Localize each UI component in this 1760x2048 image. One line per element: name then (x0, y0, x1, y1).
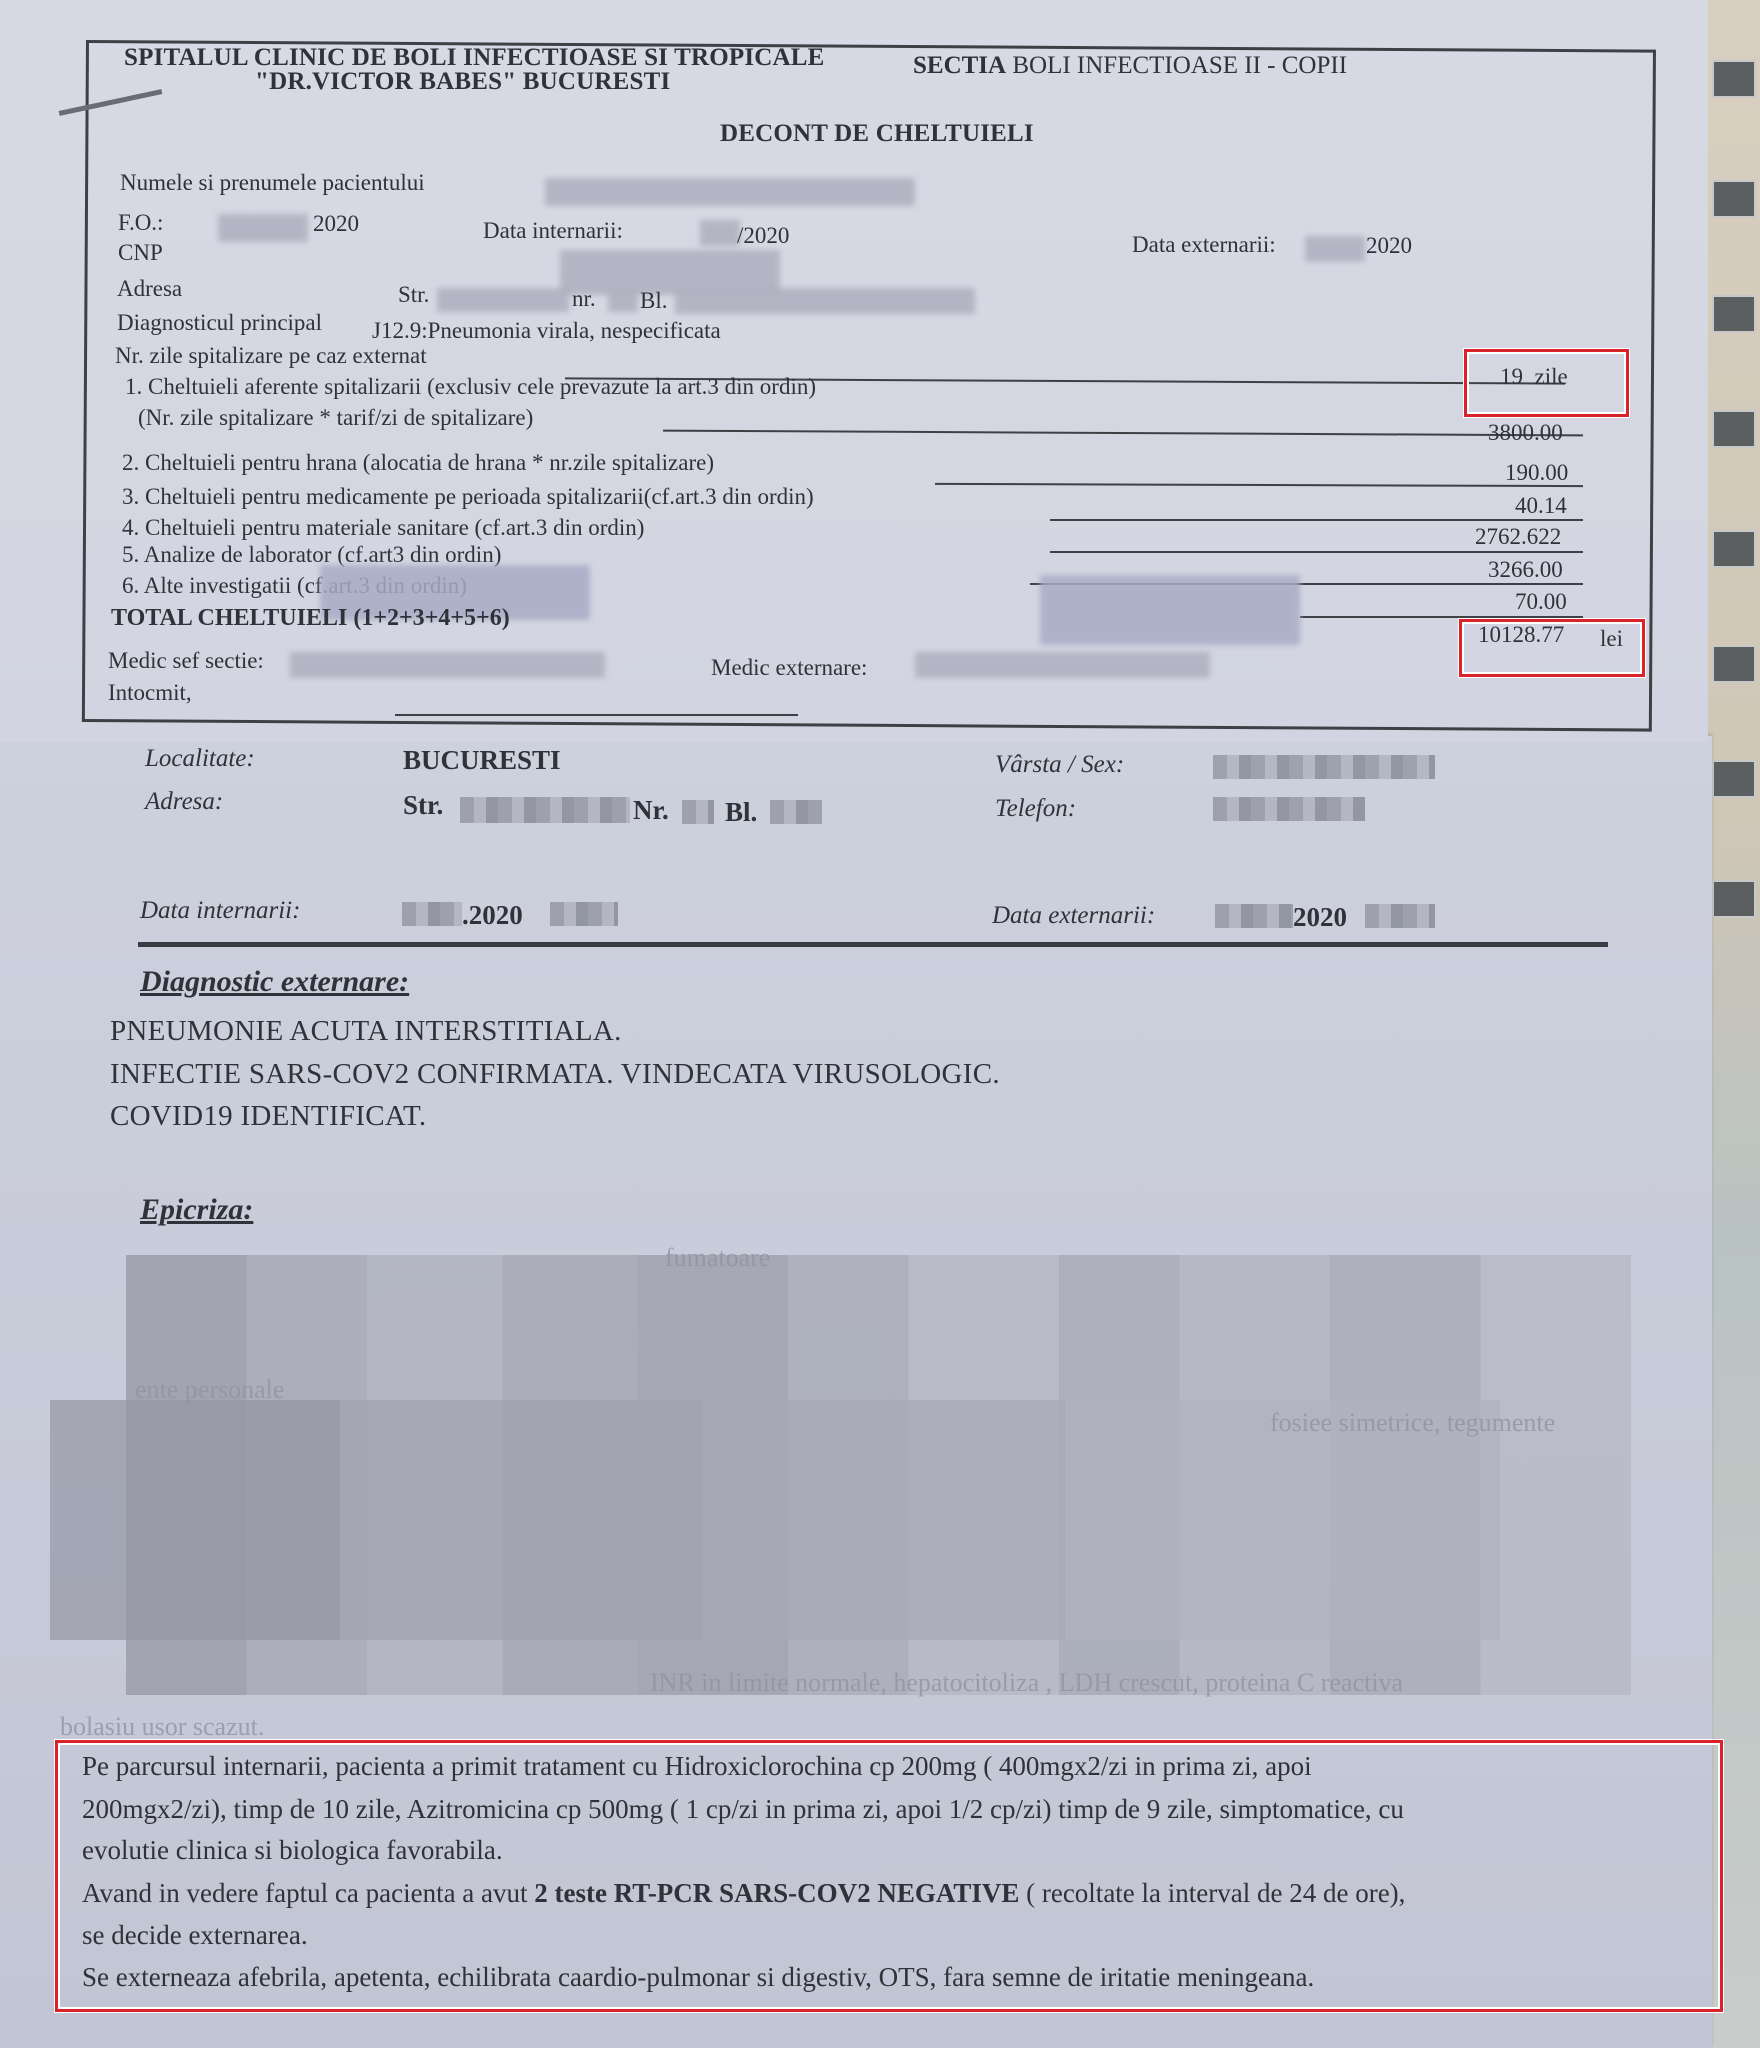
letter-discharge-label: Data externarii: (992, 902, 1155, 930)
total-unit: lei (1600, 626, 1623, 652)
ghost-text: ente personale (135, 1375, 284, 1405)
section-value: BOLI INFECTIOASE II - COPII (1012, 52, 1347, 79)
window-decoration (1712, 295, 1756, 333)
cost-item-6-underline (1300, 616, 1583, 618)
cost-item-1-label: 1. Cheltuieli aferente spitalizarii (exc… (125, 374, 816, 400)
total-value: 10128.77 (1478, 622, 1564, 648)
fo-label: F.O.: (118, 210, 163, 236)
section-label: SECTIA (913, 52, 1006, 79)
treatment-line: evolutie clinica si biologica favorabila… (82, 1829, 503, 1872)
redacted-discharge-doctor (915, 652, 1210, 678)
street-label: Str. (398, 282, 429, 308)
days-label: Nr. zile spitalizare pe caz externat (115, 343, 427, 369)
prepared-by-signature-line (395, 714, 798, 716)
cost-item-4-label: 4. Cheltuieli pentru materiale sanitare … (122, 515, 644, 541)
diagnosis-heading: Diagnostic externare: (140, 965, 409, 999)
cost-item-3-value: 40.14 (1515, 493, 1567, 519)
treatment-line: Pe parcursul internarii, pacienta a prim… (82, 1745, 1312, 1788)
redacted-discharge (1305, 236, 1365, 262)
redacted-discharge-date (1215, 904, 1293, 928)
days-unit: zile (1535, 364, 1568, 389)
redacted-patient-name (545, 178, 915, 206)
fo-year: 2020 (313, 211, 359, 237)
total-label: TOTAL CHELTUIELI (1+2+3+4+5+6) (111, 605, 510, 632)
redacted-fo (218, 214, 308, 242)
patient-name-label: Numele si prenumele pacientului (120, 170, 425, 196)
window-decoration (1712, 645, 1756, 683)
cost-item-4-value: 2762.622 (1475, 524, 1561, 550)
window-decoration (1712, 180, 1756, 218)
letter-admission-label: Data internarii: (140, 897, 300, 925)
window-decoration (1712, 60, 1756, 98)
document-title: DECONT DE CHELTUIELI (720, 120, 1034, 148)
admission-label: Data internarii: (483, 218, 623, 244)
ghost-text: fosiee simetrice, tegumente (1270, 1408, 1555, 1438)
cost-item-3-underline (1050, 519, 1583, 521)
diagnosis-line: COVID19 IDENTIFICAT. (110, 1100, 426, 1133)
diagnosis-value: J12.9:Pneumonia virala, nespecificata (372, 318, 721, 344)
letter-admission-value: .2020 (462, 900, 523, 931)
redacted-admission (700, 220, 740, 246)
redacted-admission-date (402, 902, 462, 926)
window-decoration (1712, 880, 1756, 918)
age-sex-label: Vârsta / Sex: (995, 751, 1124, 779)
redacted-street (437, 288, 569, 312)
redacted-street (460, 797, 630, 823)
cost-item-2-label: 2. Cheltuieli pentru hrana (alocatia de … (122, 450, 714, 476)
prepared-by-label: Intocmit, (108, 680, 192, 706)
street-label: Str. (403, 790, 443, 821)
days-value: 19 zile (1500, 364, 1568, 390)
redacted-cost-area (1040, 575, 1300, 645)
ghost-text: fumatoare (665, 1243, 770, 1273)
tests-suffix: ( recoltate la interval de 24 de ore), (1019, 1878, 1405, 1908)
tests-prefix: Avand in vedere faptul ca pacienta a avu… (82, 1878, 534, 1908)
address-label: Adresa (117, 276, 182, 302)
redacted-bl (770, 800, 822, 824)
discharge-label: Data externarii: (1132, 232, 1276, 258)
redacted-admission-time (550, 902, 618, 926)
redacted-discharge-time (1365, 904, 1435, 928)
redacted-chief-doctor (290, 652, 605, 678)
cost-item-4-underline (1050, 551, 1583, 553)
phone-label: Telefon: (995, 795, 1076, 823)
cost-item-5-value: 3266.00 (1488, 557, 1563, 583)
discharge-doctor-label: Medic externare: (711, 655, 867, 681)
cost-item-2-value: 190.00 (1505, 460, 1568, 486)
treatment-line: 200mgx2/zi), timp de 10 zile, Azitromici… (82, 1788, 1404, 1831)
section-divider (138, 942, 1608, 947)
diagnosis-line: PNEUMONIE ACUTA INTERSTITIALA. (110, 1015, 622, 1048)
window-decoration (1712, 410, 1756, 448)
ghost-text: INR in limite normale, hepatocitoliza , … (650, 1668, 1403, 1698)
discharge-year: 2020 (1366, 233, 1412, 259)
letter-discharge-value: 2020 (1293, 902, 1347, 933)
cost-item-6-value: 70.00 (1515, 589, 1567, 615)
cost-item-3-label: 3. Cheltuieli pentru medicamente pe peri… (122, 484, 814, 510)
window-decoration (1712, 760, 1756, 798)
tests-line: Avand in vedere faptul ca pacienta a avu… (82, 1872, 1405, 1915)
diagnosis-label: Diagnosticul principal (117, 310, 322, 336)
redacted-nr (608, 288, 638, 312)
redacted-bl (675, 288, 975, 314)
cost-item-1-value: 3800.00 (1488, 420, 1563, 446)
tests-negative-result: 2 teste RT-PCR SARS-COV2 NEGATIVE (534, 1878, 1019, 1908)
window-decoration (1712, 530, 1756, 568)
address-label: Adresa: (145, 788, 223, 816)
locality-value: BUCURESTI (403, 745, 561, 776)
locality-label: Localitate: (145, 745, 255, 773)
bl-label: Bl. (640, 288, 667, 314)
redacted-age-sex (1213, 755, 1435, 779)
chief-doctor-label: Medic sef sectie: (108, 648, 264, 674)
cnp-label: CNP (118, 240, 163, 266)
section-name: SECTIA BOLI INFECTIOASE II - COPII (913, 52, 1347, 80)
admission-year: /2020 (737, 223, 789, 249)
nr-label: Nr. (633, 795, 669, 826)
bl-label: Bl. (725, 797, 757, 828)
redacted-phone (1213, 797, 1365, 821)
redacted-nr (682, 800, 714, 824)
diagnosis-line: INFECTIE SARS-COV2 CONFIRMATA. VINDECATA… (110, 1058, 1000, 1091)
epicrisis-heading: Epicriza: (140, 1193, 253, 1227)
hospital-name-line2: "DR.VICTOR BABES" BUCURESTI (255, 68, 670, 96)
days-number: 19 (1500, 364, 1523, 389)
cost-item-1-sublabel: (Nr. zile spitalizare * tarif/zi de spit… (138, 405, 533, 431)
status-line: Se externeaza afebrila, apetenta, echili… (82, 1956, 1314, 1999)
decision-line: se decide externarea. (82, 1914, 308, 1957)
ghost-text: bolasiu usor scazut. (60, 1712, 264, 1742)
nr-label: nr. (572, 286, 596, 312)
